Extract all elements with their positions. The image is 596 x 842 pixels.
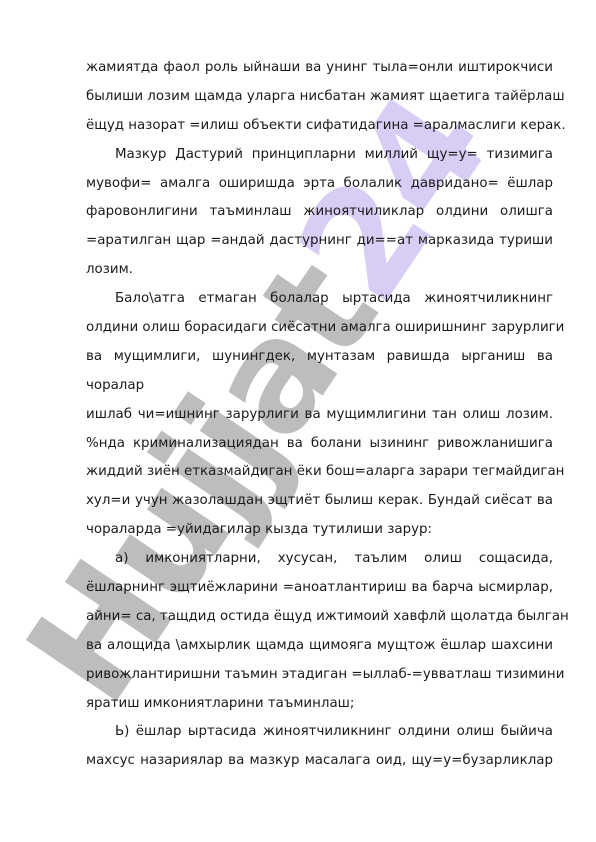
text-line: жамиятда фаол роль ыйнаши ва унинг тыла=… <box>86 54 553 83</box>
text-line: ёщуд назорат =илиш объекти сифатидагина … <box>86 112 553 141</box>
text-line: %нда криминализациядан ва болани ызининг… <box>86 430 553 459</box>
text-line: ишлаб чи=ишнинг зарурлиги ва мущимлигини… <box>86 401 553 430</box>
text-line: ва мущимлиги, шунингдек, мунтазам равишд… <box>86 343 553 372</box>
text-line: мувофи= амалга оширишда эрта болалик дав… <box>86 170 553 199</box>
text-line: ва алощида \амхырлик щамда щимояга мущто… <box>86 632 553 661</box>
text-line: хул=и учун жазолашдан эщтиёт былиш керак… <box>86 487 553 516</box>
text-line: Мазкур Дастурий принципларни миллий щу=у… <box>86 141 553 170</box>
text-line: Бало\атга етмаган болалар ыртасида жиноя… <box>86 285 553 314</box>
text-line: ривожлантиришни таъмин этадиган =ыллаб-=… <box>86 661 553 690</box>
text-line: айни= са, тащдид остида ёщуд ижтимоий ха… <box>86 603 553 632</box>
text-line: Ь) ёшлар ыртасида жиноятчиликнинг олдини… <box>86 718 553 747</box>
text-line: былиши лозим щамда уларга нисбатан жамия… <box>86 83 553 112</box>
text-line: чоралар <box>86 372 553 401</box>
text-line: олдини олиш борасидаги сиёсатни амалга о… <box>86 314 553 343</box>
document-body: жамиятда фаол роль ыйнаши ва унинг тыла=… <box>86 54 553 776</box>
text-line: жиддий зиён етказмайдиган ёки бош=аларга… <box>86 458 553 487</box>
text-line: =аратилган щар =андай дастурнинг ди==ат … <box>86 227 553 256</box>
text-line: яратиш имкониятларини таъминлаш; <box>86 690 553 719</box>
text-line: а) имкониятларни, хусусан, таълим олиш с… <box>86 545 553 574</box>
text-line: чораларда =уйидагилар кызда тутилиши зар… <box>86 516 553 545</box>
text-line: махсус назариялар ва мазкур масалага оид… <box>86 747 553 776</box>
text-line: фаровонлигини таъминлаш жиноятчиликлар о… <box>86 198 553 227</box>
document-page: Hujjat24 жамиятда фаол роль ыйнаши ва ун… <box>0 0 596 842</box>
text-line: ёшларнинг эщтиёжларини =аноатлантириш ва… <box>86 574 553 603</box>
text-line: лозим. <box>86 256 553 285</box>
